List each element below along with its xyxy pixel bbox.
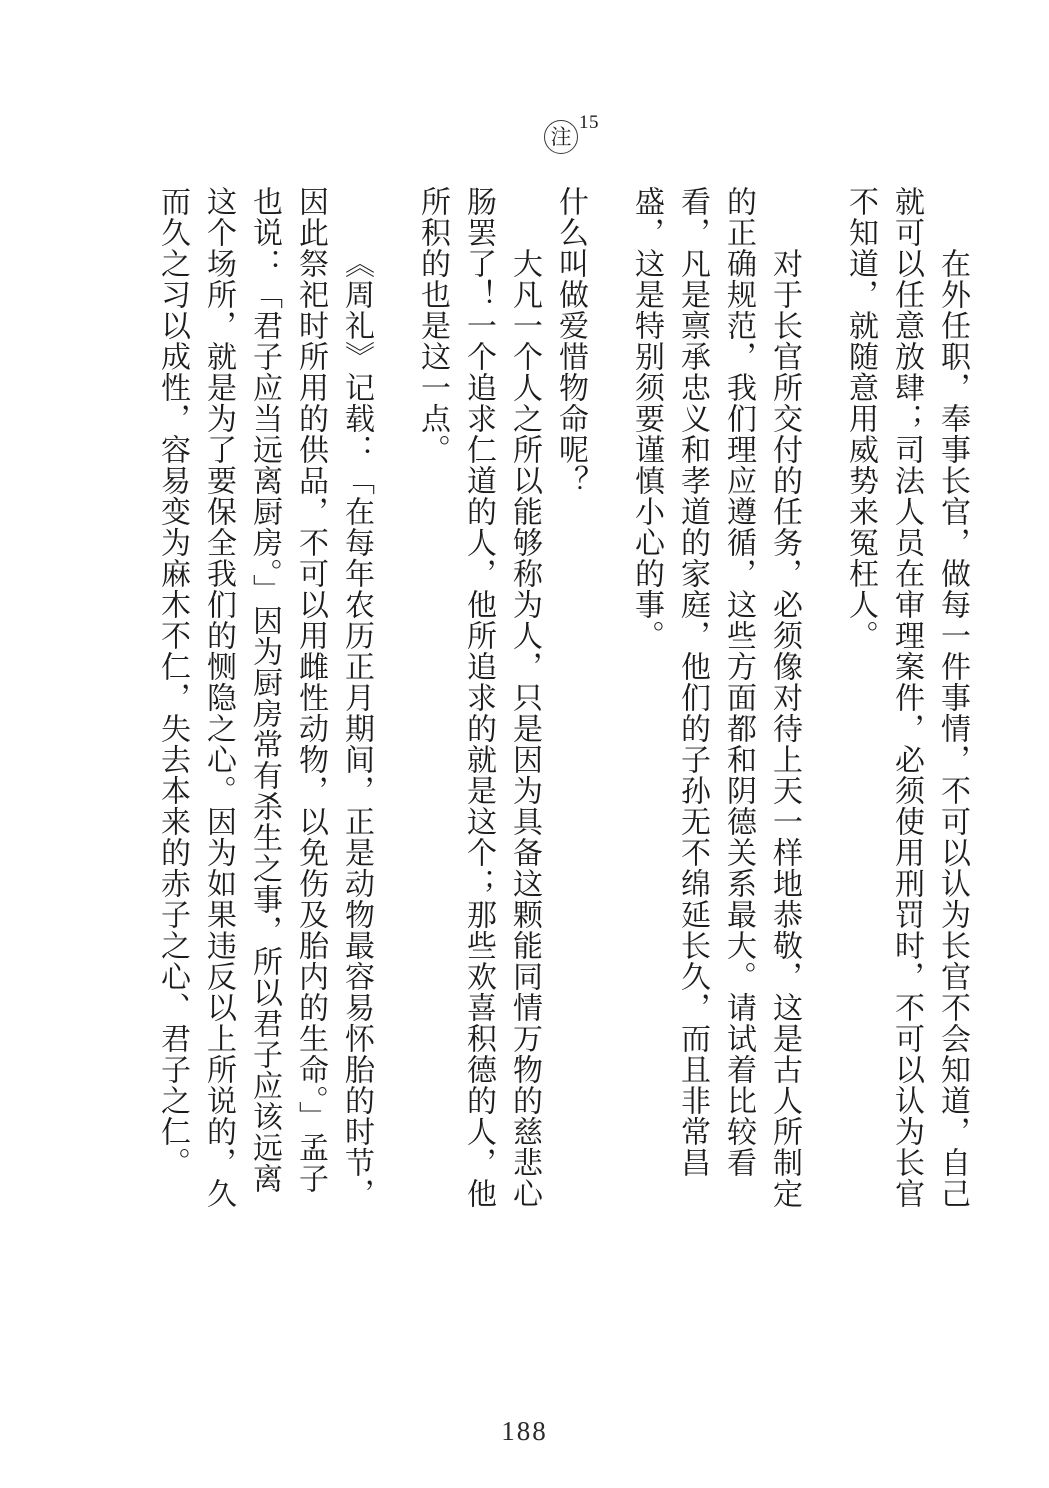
paragraph-compassion-answer: 大凡一个人之所以能够称为人，只是因为具备这颗能同情万物的慈悲心肠罢了！一个追求仁… [409,186,547,1218]
note-marker: 注15 [544,112,599,154]
paragraph-respect-tasks: 对于长官所交付的任务，必须像对待上天一样地恭敬，这是古人所制定的正确规范，我们理… [623,186,807,1218]
circled-note-icon: 注 [544,120,578,154]
paragraph-question-cherish-life: 什么叫做爱惜物命呢？ [547,186,593,1218]
vertical-text-body: 在外任职，奉事长官，做每一件事情，不可以认为长官不会知道，自己就可以任意放肆；司… [149,186,975,1218]
paragraph-duty-to-superiors: 在外任职，奉事长官，做每一件事情，不可以认为长官不会知道，自己就可以任意放肆；司… [837,186,975,1218]
book-page: 注15 在外任职，奉事长官，做每一件事情，不可以认为长官不会知道，自己就可以任意… [0,0,1049,1488]
paragraph-zhouli-quote: 《周礼》记载：「在每年农历正月期间，正是动物最容易怀胎的时节，因此祭祀时所用的供… [149,186,379,1218]
note-superscript-number: 15 [579,112,599,134]
page-number: 188 [0,1416,1049,1447]
